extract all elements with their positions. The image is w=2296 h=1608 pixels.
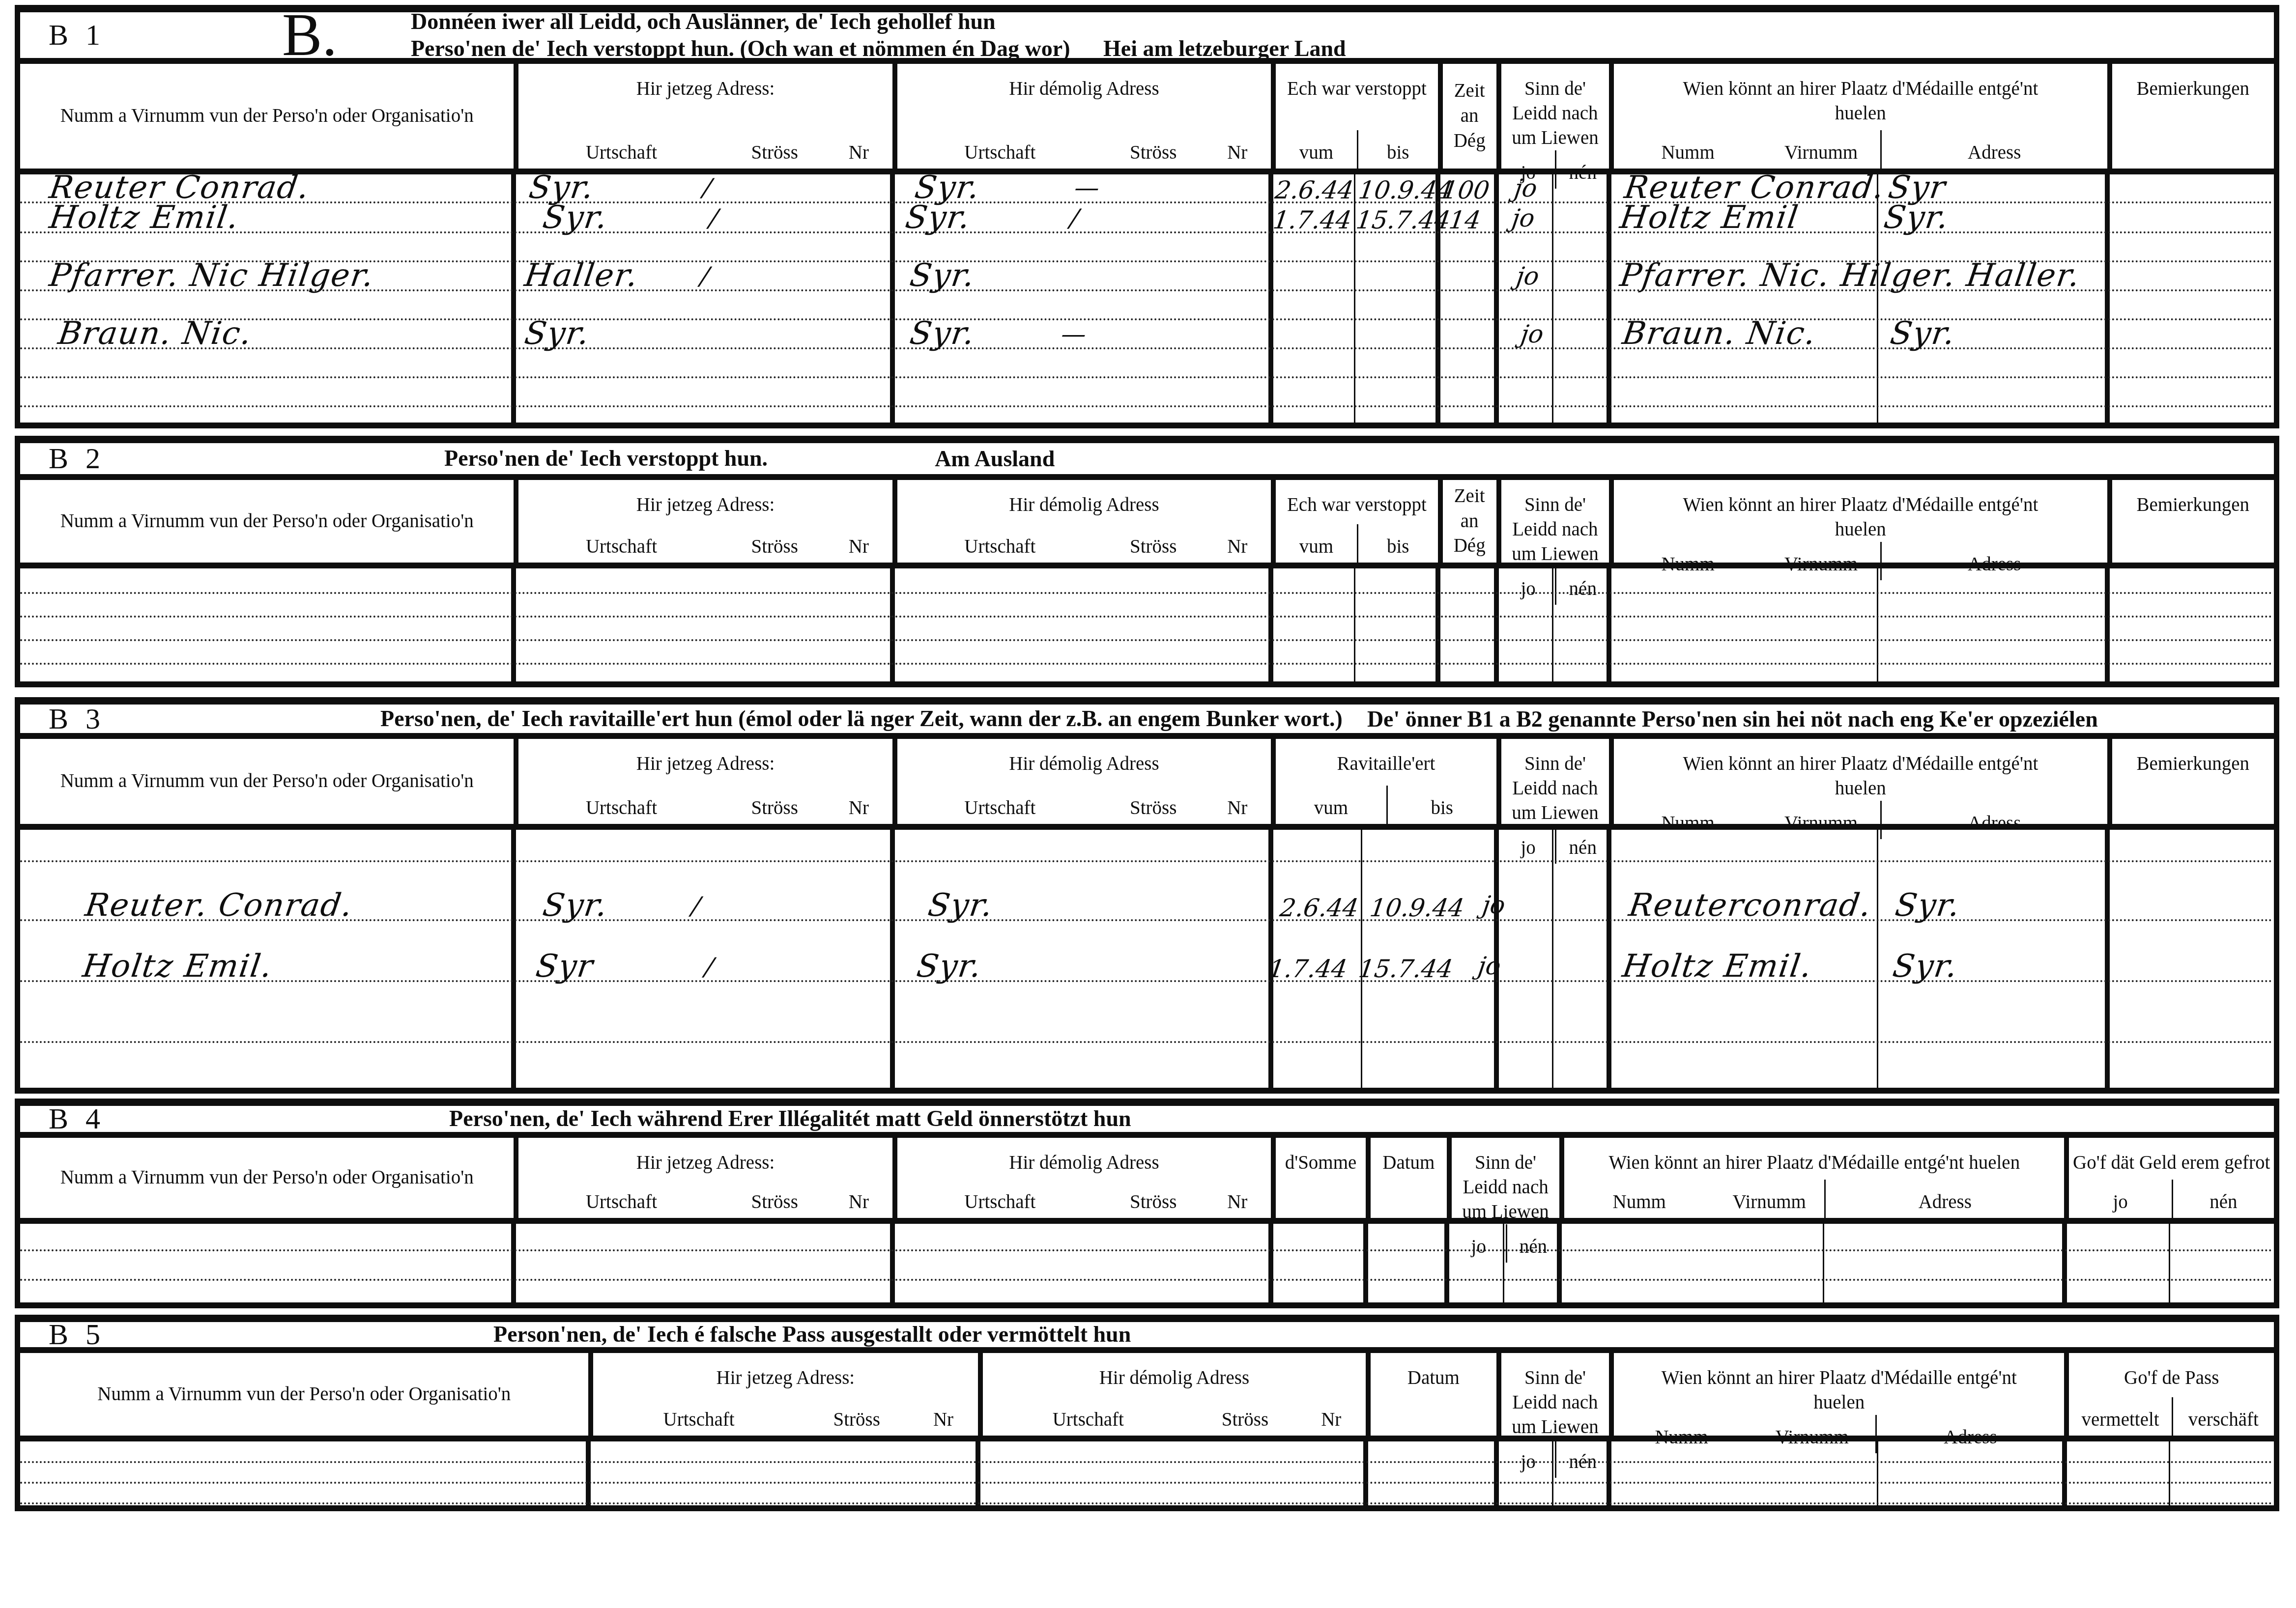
entry-b1-r2-bis: 15.7.44 xyxy=(1355,208,1452,232)
grid-vline xyxy=(1268,174,1273,423)
sub-urtschaft: Urtschaft xyxy=(897,524,1103,563)
entry-b1-r4-wien-adress: Syr. xyxy=(1889,318,1958,349)
sub-nr: Nr xyxy=(825,1180,892,1218)
sub-nr: Nr xyxy=(825,786,892,824)
entry-b1-r3-urtschaft2: Syr. xyxy=(908,260,977,291)
dsomme-label: d'Somme xyxy=(1276,1138,1366,1175)
b3-title-band: B 3 Perso'nen, de' Iech ravitaille'ert h… xyxy=(20,697,2274,739)
demolig-sublabels: Urtschaft Ströss Nr xyxy=(897,130,1271,169)
jetzeg-sublabels: Urtschaft Ströss Nr xyxy=(518,1180,892,1218)
sub-nr: Nr xyxy=(1204,524,1271,563)
b2-body xyxy=(20,568,2274,681)
grid-vline xyxy=(1268,1224,1273,1302)
jetzeg-sublabels: Urtschaft Ströss Nr xyxy=(518,786,892,824)
grid-vline xyxy=(1552,174,1553,423)
sub-nr: Nr xyxy=(909,1397,978,1436)
ravitailleert-label: Ravitaille'ert xyxy=(1276,739,1496,776)
b3-header-row: Numm a Virnumm vun der Perso'n oder Orga… xyxy=(20,739,2274,830)
col-group-wien-medaille: Wien könnt an hirer Plaatz d'Médaille en… xyxy=(1609,1353,2064,1436)
demolig-sublabels: Urtschaft Ströss Nr xyxy=(897,1180,1271,1218)
col-header-datum: Datum xyxy=(1366,1138,1447,1218)
sub-vermettelt: vermettelt xyxy=(2069,1397,2171,1436)
grid-vline xyxy=(2105,830,2110,1088)
dotted-rule xyxy=(20,1279,2274,1281)
entry-b3-r1-vum: 2.6.44 xyxy=(1278,896,1360,920)
col-header-zeit: Zeit an Dég xyxy=(1438,480,1496,563)
jetzeg-adress-label: Hir jetzeg Adress: xyxy=(593,1353,978,1390)
col-group-sinn-leidd: Sinn de' Leidd nach um Liewen jo nén xyxy=(1496,480,1609,563)
entry-b3-r1-wien-adress: Syr. xyxy=(1893,890,1962,921)
grid-vline xyxy=(1494,1441,1499,1505)
col-header-datum: Datum xyxy=(1366,1353,1496,1436)
b4-section-id: B 4 xyxy=(20,1102,105,1136)
col-header-bemierkungen: Bemierkungen xyxy=(2107,739,2274,824)
dotted-rule xyxy=(20,1461,2274,1463)
sinn-leidd-label: Sinn de' Leidd nach um Liewen xyxy=(1501,480,1609,566)
col-group-jetzeg-adress: Hir jetzeg Adress: Urtschaft Ströss Nr xyxy=(588,1353,978,1436)
sub-nr: Nr xyxy=(1204,130,1271,169)
sub-bis: bis xyxy=(1357,130,1438,169)
col-group-jetzeg-adress: Hir jetzeg Adress: Urtschaft Ströss Nr xyxy=(514,739,892,824)
entry-b1-r1-name: Reuter Conrad. xyxy=(47,172,312,203)
entry-b3-r1-urtschaft2: Syr. xyxy=(926,890,996,921)
grid-vline xyxy=(1363,1441,1368,1505)
wien-medaille-label: Wien könnt an hirer Plaatz d'Médaille en… xyxy=(1564,1138,2064,1175)
b3-section-id: B 3 xyxy=(20,702,105,736)
b2-header-row: Numm a Virnumm vun der Perso'n oder Orga… xyxy=(20,480,2274,568)
sub-numm: Numm xyxy=(1564,1180,1714,1218)
grid-vline xyxy=(1503,1224,1504,1302)
b4-header-row: Numm a Virnumm vun der Perso'n oder Orga… xyxy=(20,1138,2274,1224)
entry-b3-r2-name: Holtz Emil. xyxy=(81,951,275,982)
col-group-demolig-adress: Hir démolig Adress Urtschaft Ströss Nr xyxy=(978,1353,1366,1436)
grid-vline xyxy=(976,1441,980,1505)
b1-header-row: Numm a Virnumm vun der Perso'n oder Orga… xyxy=(20,64,2274,174)
entry-b3-r2-urtschaft2: Syr. xyxy=(915,951,984,982)
b5-title: Person'nen, de' Iech é falsche Pass ausg… xyxy=(493,1321,1131,1348)
grid-vline xyxy=(2062,1441,2067,1505)
b1-title-line2: Perso'nen de' Iech verstoppt hun. (Och w… xyxy=(411,35,1346,62)
col-group-jetzeg-adress: Hir jetzeg Adress: Urtschaft Ströss Nr xyxy=(514,480,892,563)
entry-b1-r1-bis: 10.9.44 xyxy=(1357,178,1455,202)
col-group-gof-pass: Go'f de Pass vermettelt verschäft xyxy=(2064,1353,2273,1436)
entry-b1-r2-jo: jo xyxy=(1510,206,1536,230)
grid-vline xyxy=(1363,1224,1368,1302)
zeit-label: Zeit an Dég xyxy=(1443,484,1496,559)
dotted-rule xyxy=(20,1482,2274,1484)
col-group-wien-medaille: Wien könnt an hirer Plaatz d'Médaille en… xyxy=(1609,739,2107,824)
section-b4: B 4 Perso'nen, de' Iech während Erer Ill… xyxy=(15,1099,2279,1308)
col-group-jetzeg-adress: Hir jetzeg Adress: Urtschaft Ströss Nr xyxy=(514,64,892,169)
sub-urtschaft: Urtschaft xyxy=(518,1180,724,1218)
col-group-sinn-leidd: Sinn de' Leidd nach um Liewen jo nén xyxy=(1496,1353,1609,1436)
col-group-wien-medaille: Wien könnt an hirer Plaatz d'Médaille en… xyxy=(1559,1138,2064,1218)
sub-nr: Nr xyxy=(825,524,892,563)
grid-vline xyxy=(1607,830,1611,1088)
grid-vline xyxy=(1494,174,1499,423)
dotted-rule xyxy=(20,616,2274,618)
jetzeg-sublabels: Urtschaft Ströss Nr xyxy=(518,524,892,563)
entry-b1-r3-stross1: / xyxy=(699,264,711,288)
wien-sublabels: Numm Virnumm Adress xyxy=(1614,130,2107,169)
entry-b1-r4-jo: jo xyxy=(1520,322,1546,346)
bemierkungen-label: Bemierkungen xyxy=(2112,480,2274,517)
sinn-leidd-label: Sinn de' Leidd nach um Liewen xyxy=(1501,64,1609,150)
entry-b1-r1-urtschaft2: Syr. xyxy=(913,172,982,203)
dotted-rule xyxy=(20,1041,2274,1043)
b1-title-line2-text: Perso'nen de' Iech verstoppt hun. (Och w… xyxy=(411,36,1070,61)
sub-nr: Nr xyxy=(1204,786,1271,824)
sub-stross: Ströss xyxy=(724,1180,825,1218)
sub-stross: Ströss xyxy=(1103,786,1204,824)
col-header-name-label: Numm a Virnumm vun der Perso'n oder Orga… xyxy=(20,104,514,129)
sub-urtschaft: Urtschaft xyxy=(518,130,724,169)
scanned-form-page: B 1 B. Donnéen iwer all Leidd, och Auslä… xyxy=(0,0,2296,1608)
entry-b3-r2-stross1: / xyxy=(704,955,716,979)
entry-b3-r1-jo: jo xyxy=(1481,893,1507,917)
sub-nen: nén xyxy=(2172,1180,2274,1218)
gof-pass-sublabels: vermettelt verschäft xyxy=(2069,1397,2273,1436)
col-group-wien-medaille: Wien könnt an hirer Plaatz d'Médaille en… xyxy=(1609,64,2107,169)
grid-vline xyxy=(890,830,895,1088)
col-header-zeit: Zeit an Dég xyxy=(1438,64,1496,169)
entry-b1-r2-name: Holtz Emil. xyxy=(47,202,241,233)
entry-b3-r1-stross1: / xyxy=(690,894,702,918)
b1-title-band: B 1 B. Donnéen iwer all Leidd, och Auslä… xyxy=(20,5,2274,64)
sub-vum: vum xyxy=(1276,130,1357,169)
demolig-sublabels: Urtschaft Ströss Nr xyxy=(897,524,1271,563)
grid-vline xyxy=(2169,1224,2170,1302)
sub-urtschaft: Urtschaft xyxy=(518,786,724,824)
wien-sublabels: Numm Virnumm Adress xyxy=(1564,1180,2064,1218)
grid-vline xyxy=(1557,1224,1562,1302)
sub-virnumm: Virnumm xyxy=(1762,130,1880,169)
sub-urtschaft: Urtschaft xyxy=(518,524,724,563)
col-group-jetzeg-adress: Hir jetzeg Adress: Urtschaft Ströss Nr xyxy=(514,1138,892,1218)
grid-vline xyxy=(2062,1224,2067,1302)
demolig-adress-label: Hir démolig Adress xyxy=(897,739,1271,776)
entry-b1-r1-vum: 2.6.44 xyxy=(1274,178,1355,202)
col-group-demolig-adress: Hir démolig Adress Urtschaft Ströss Nr xyxy=(892,64,1271,169)
jetzeg-sublabels: Urtschaft Ströss Nr xyxy=(593,1397,978,1436)
entry-b3-r2-bis: 15.7.44 xyxy=(1357,957,1455,981)
col-group-sinn-leidd: Sinn de' Leidd nach um Liewen jo nén xyxy=(1496,64,1609,169)
sub-numm: Numm xyxy=(1614,130,1762,169)
gof-pass-label: Go'f de Pass xyxy=(2069,1353,2273,1390)
b4-title-band: B 4 Perso'nen, de' Iech während Erer Ill… xyxy=(20,1099,2274,1138)
demolig-sublabels: Urtschaft Ströss Nr xyxy=(897,786,1271,824)
dotted-rule xyxy=(20,1249,2274,1251)
sub-vum: vum xyxy=(1276,786,1386,824)
sub-adress: Adress xyxy=(1824,1180,2064,1218)
grid-vline xyxy=(511,174,516,423)
sub-urtschaft: Urtschaft xyxy=(897,786,1103,824)
col-group-verstoppt: Ech war verstoppt vum bis xyxy=(1271,480,1437,563)
sub-jo: jo xyxy=(2069,1180,2171,1218)
dotted-rule xyxy=(20,405,2274,407)
demolig-adress-label: Hir démolig Adress xyxy=(983,1353,1366,1390)
b1-title-suffix: Hei am letzeburger Land xyxy=(1103,36,1346,61)
b2-title: Perso'nen de' Iech verstoppt hun. xyxy=(444,445,768,472)
dotted-rule xyxy=(20,592,2274,594)
grid-vline xyxy=(1877,1441,1878,1505)
b3-body: Reuter. Conrad. Syr. / Syr. 2.6.44 10.9.… xyxy=(20,830,2274,1088)
col-group-ravitailleert: Ravitaille'ert vum bis xyxy=(1271,739,1496,824)
col-group-sinn-leidd: Sinn de' Leidd nach um Liewen jo nén xyxy=(1496,739,1609,824)
entry-b1-r1-wien-name: Reuter Conrad. xyxy=(1623,172,1887,203)
entry-b1-r1-wien-adress: Syr xyxy=(1886,172,1948,203)
grid-vline xyxy=(586,1441,591,1505)
grid-vline xyxy=(511,830,516,1088)
sub-urtschaft: Urtschaft xyxy=(897,130,1103,169)
entry-b1-r2-stross2: / xyxy=(1069,206,1081,230)
sub-stross: Ströss xyxy=(805,1397,909,1436)
col-group-demolig-adress: Hir démolig Adress Urtschaft Ströss Nr xyxy=(892,1138,1271,1218)
col-group-wien-medaille: Wien könnt an hirer Plaatz d'Médaille en… xyxy=(1609,480,2107,563)
demolig-sublabels: Urtschaft Ströss Nr xyxy=(983,1397,1366,1436)
sub-adress: Adress xyxy=(1880,130,2107,169)
entry-b1-r2-urtschaft1: Syr. xyxy=(541,202,610,233)
gof-geld-label: Go'f dät Geld erem gefrot xyxy=(2069,1138,2273,1175)
grid-vline xyxy=(1444,1224,1449,1302)
verstoppt-label: Ech war verstoppt xyxy=(1276,480,1437,517)
entry-b1-r4-wien-name: Braun. Nic. xyxy=(1620,318,1818,349)
grid-vline xyxy=(1607,174,1611,423)
col-header-name: Numm a Virnumm vun der Perso'n oder Orga… xyxy=(20,64,514,169)
wien-medaille-label: Wien könnt an hirer Plaatz d'Médaille en… xyxy=(1614,480,2107,542)
b2-title-band: B 2 Perso'nen de' Iech verstoppt hun. Am… xyxy=(20,436,2274,480)
entry-b1-r3-jo: jo xyxy=(1515,264,1541,288)
col-header-name: Numm a Virnumm vun der Perso'n oder Orga… xyxy=(20,739,514,824)
sub-stross: Ströss xyxy=(724,786,825,824)
sub-stross: Ströss xyxy=(1103,130,1204,169)
grid-vline xyxy=(2105,174,2110,423)
jetzeg-adress-label: Hir jetzeg Adress: xyxy=(518,1138,892,1175)
sinn-leidd-label: Sinn de' Leidd nach um Liewen xyxy=(1452,1138,1559,1224)
datum-label: Datum xyxy=(1371,1353,1496,1390)
section-b1: B 1 B. Donnéen iwer all Leidd, och Auslä… xyxy=(15,5,2279,428)
wien-medaille-label: Wien könnt an hirer Plaatz d'Médaille en… xyxy=(1614,64,2107,126)
grid-vline xyxy=(511,1224,516,1302)
col-group-demolig-adress: Hir démolig Adress Urtschaft Ströss Nr xyxy=(892,739,1271,824)
b5-header-row: Numm a Virnumm vun der Perso'n oder Orga… xyxy=(20,1353,2274,1441)
entry-b1-r1-jo: jo xyxy=(1513,176,1539,200)
entry-b3-r2-jo: jo xyxy=(1477,954,1503,978)
grid-vline xyxy=(1823,1224,1824,1302)
b5-title-band: B 5 Person'nen, de' Iech é falsche Pass … xyxy=(20,1315,2274,1353)
dotted-rule xyxy=(20,663,2274,665)
entry-b1-r4-name: Braun. Nic. xyxy=(56,318,254,349)
col-header-dsomme: d'Somme xyxy=(1271,1138,1366,1218)
verstoppt-label: Ech war verstoppt xyxy=(1276,64,1437,101)
jetzeg-sublabels: Urtschaft Ströss Nr xyxy=(518,130,892,169)
jetzeg-adress-label: Hir jetzeg Adress: xyxy=(518,480,892,517)
b5-section-id: B 5 xyxy=(20,1318,105,1352)
sub-verschaft: verschäft xyxy=(2172,1397,2274,1436)
grid-vline xyxy=(890,1224,895,1302)
dotted-rule xyxy=(20,376,2274,378)
sinn-leidd-label: Sinn de' Leidd nach um Liewen xyxy=(1501,739,1609,825)
sub-nr: Nr xyxy=(1297,1397,1366,1436)
dotted-rule xyxy=(20,1502,2274,1504)
entry-b1-r4-urtschaft1: Syr. xyxy=(523,318,592,349)
entry-b3-r1-bis: 10.9.44 xyxy=(1368,896,1465,920)
jetzeg-adress-label: Hir jetzeg Adress: xyxy=(518,739,892,776)
sub-stross: Ströss xyxy=(1103,1180,1204,1218)
sub-stross: Ströss xyxy=(1103,524,1204,563)
datum-label: Datum xyxy=(1371,1138,1447,1175)
entry-b3-r1-urtschaft1: Syr. xyxy=(541,890,610,921)
entry-b1-r3-wien-name: Pfarrer. Nic. Hilger. Haller. xyxy=(1618,260,2083,291)
b2-section-id: B 2 xyxy=(20,442,105,476)
entry-b1-r2-urtschaft2: Syr. xyxy=(904,202,973,233)
wien-medaille-label: Wien könnt an hirer Plaatz d'Médaille en… xyxy=(1614,739,2107,801)
entry-b1-r3-urtschaft1: Haller. xyxy=(523,260,641,291)
col-header-name: Numm a Virnumm vun der Perso'n oder Orga… xyxy=(20,1138,514,1218)
b4-title: Perso'nen, de' Iech während Erer Illégal… xyxy=(449,1105,1131,1132)
grid-vline xyxy=(1877,174,1878,423)
col-header-bemierkungen: Bemierkungen xyxy=(2107,64,2274,169)
entry-b1-r4-stross2: — xyxy=(1060,322,1088,346)
section-letter: B. xyxy=(282,14,337,57)
b2-title-suffix: Am Ausland xyxy=(935,446,1055,472)
col-header-name: Numm a Virnumm vun der Perso'n oder Orga… xyxy=(20,480,514,563)
bemierkungen-label: Bemierkungen xyxy=(2112,64,2274,101)
demolig-adress-label: Hir démolig Adress xyxy=(897,64,1271,101)
entry-b1-r2-stross1: / xyxy=(708,206,720,230)
entry-b1-r1-zeit: 100 xyxy=(1440,178,1491,202)
col-header-name-label: Numm a Virnumm vun der Perso'n oder Orga… xyxy=(20,1382,588,1407)
sub-bis: bis xyxy=(1386,786,1496,824)
grid-vline xyxy=(1552,830,1553,1088)
sub-vum: vum xyxy=(1276,524,1357,563)
sub-stross: Ströss xyxy=(724,130,825,169)
b5-body xyxy=(20,1441,2274,1505)
b4-body xyxy=(20,1224,2274,1302)
sub-urtschaft: Urtschaft xyxy=(897,1180,1103,1218)
sinn-leidd-label: Sinn de' Leidd nach um Liewen xyxy=(1501,1353,1609,1439)
b3-title-suffix: De' önner B1 a B2 genannte Perso'nen sin… xyxy=(1367,706,2098,732)
sub-bis: bis xyxy=(1357,524,1438,563)
grid-vline xyxy=(1877,830,1878,1088)
b1-title-line1: Donnéen iwer all Leidd, och Auslänner, d… xyxy=(411,8,1346,35)
col-header-name-label: Numm a Virnumm vun der Perso'n oder Orga… xyxy=(20,1165,514,1190)
entry-b3-r2-wien-name: Holtz Emil. xyxy=(1620,951,1814,982)
ravitailleert-sublabels: vum bis xyxy=(1276,786,1496,824)
gof-geld-sublabels: jo nén xyxy=(2069,1180,2273,1218)
col-group-gof-geld: Go'f dät Geld erem gefrot jo nén xyxy=(2064,1138,2273,1218)
sub-urtschaft: Urtschaft xyxy=(983,1397,1193,1436)
b3-title: Perso'nen, de' Iech ravitaille'ert hun (… xyxy=(380,705,1343,732)
b1-section-id: B 1 xyxy=(20,18,105,52)
sub-urtschaft: Urtschaft xyxy=(593,1397,805,1436)
entry-b1-r3-name: Pfarrer. Nic Hilger. xyxy=(47,260,376,291)
dotted-rule xyxy=(20,639,2274,641)
sub-nr: Nr xyxy=(825,130,892,169)
sub-stross: Ströss xyxy=(1193,1397,1296,1436)
zeit-label: Zeit an Dég xyxy=(1443,79,1496,153)
entry-b1-r2-zeit: 14 xyxy=(1447,208,1482,232)
dotted-rule xyxy=(20,860,2274,862)
b1-title-block: Donnéen iwer all Leidd, och Auslänner, d… xyxy=(411,8,1346,62)
grid-vline xyxy=(2169,1441,2170,1505)
section-b2: B 2 Perso'nen de' Iech verstoppt hun. Am… xyxy=(15,436,2279,687)
col-header-name: Numm a Virnumm vun der Perso'n oder Orga… xyxy=(20,1353,588,1436)
col-group-sinn-leidd: Sinn de' Leidd nach um Liewen jo nén xyxy=(1447,1138,1559,1218)
jetzeg-adress-label: Hir jetzeg Adress: xyxy=(518,64,892,101)
col-header-name-label: Numm a Virnumm vun der Perso'n oder Orga… xyxy=(20,769,514,794)
demolig-adress-label: Hir démolig Adress xyxy=(897,480,1271,517)
grid-vline xyxy=(890,174,895,423)
grid-vline xyxy=(1607,1441,1611,1505)
verstoppt-sublabels: vum bis xyxy=(1276,524,1437,563)
col-group-verstoppt: Ech war verstoppt vum bis xyxy=(1271,64,1437,169)
section-b5: B 5 Person'nen, de' Iech é falsche Pass … xyxy=(15,1315,2279,1511)
b1-body: Reuter Conrad. Syr. / Syr. — 2.6.44 10.9… xyxy=(20,174,2274,423)
entry-b3-r2-vum: 1.7.44 xyxy=(1267,957,1349,981)
grid-vline xyxy=(1354,174,1355,423)
entry-b1-r2-wien-adress: Syr. xyxy=(1882,202,1951,233)
sub-nr: Nr xyxy=(1204,1180,1271,1218)
entry-b3-r2-wien-adress: Syr. xyxy=(1891,951,1960,982)
entry-b1-r1-stross1: / xyxy=(701,175,713,200)
col-header-name-label: Numm a Virnumm vun der Perso'n oder Orga… xyxy=(20,509,514,534)
section-b3: B 3 Perso'nen, de' Iech ravitaille'ert h… xyxy=(15,697,2279,1094)
entry-b1-r4-urtschaft2: Syr. xyxy=(908,318,977,349)
demolig-adress-label: Hir démolig Adress xyxy=(897,1138,1271,1175)
bemierkungen-label: Bemierkungen xyxy=(2112,739,2274,776)
entry-b3-r2-urtschaft1: Syr xyxy=(534,951,596,982)
entry-b3-r1-wien-name: Reuterconrad. xyxy=(1627,890,1874,921)
entry-b1-r2-vum: 1.7.44 xyxy=(1271,208,1353,232)
col-group-demolig-adress: Hir démolig Adress Urtschaft Ströss Nr xyxy=(892,480,1271,563)
wien-medaille-label: Wien könnt an hirer Plaatz d'Médaille en… xyxy=(1614,1353,2064,1415)
entry-b1-r2-wien-name: Holtz Emil xyxy=(1618,202,1801,233)
sub-stross: Ströss xyxy=(724,524,825,563)
col-header-bemierkungen: Bemierkungen xyxy=(2107,480,2274,563)
verstoppt-sublabels: vum bis xyxy=(1276,130,1437,169)
entry-b1-r1-stross2: — xyxy=(1073,175,1101,200)
grid-vline xyxy=(1552,1441,1553,1505)
entry-b3-r1-name: Reuter. Conrad. xyxy=(83,890,355,921)
sub-virnumm: Virnumm xyxy=(1714,1180,1824,1218)
entry-b1-r1-urtschaft1: Syr. xyxy=(527,172,597,203)
